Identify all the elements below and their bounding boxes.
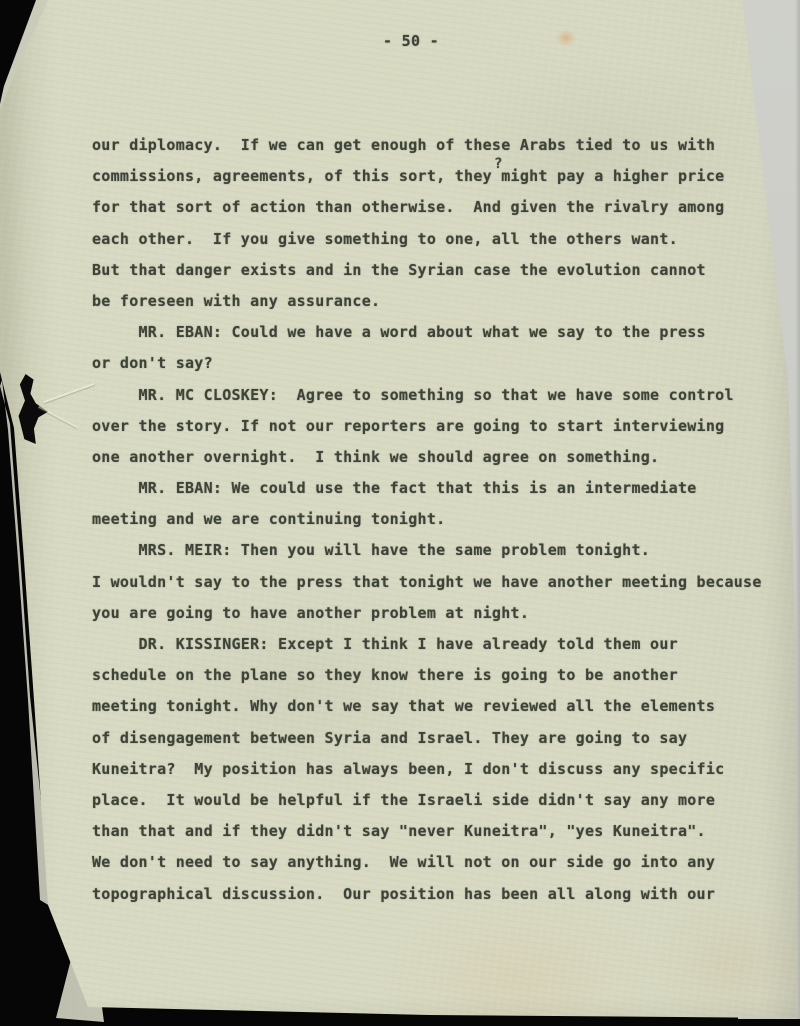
text-line: topographical discussion. Our position h… [92,879,792,910]
text-line: But that danger exists and in the Syrian… [92,255,792,286]
text-line: MRS. MEIR: Then you will have the same p… [92,535,792,566]
page-number: - 50 - [383,32,503,50]
text-line: or don't say? [92,348,792,379]
scanned-page: - 50 - our diplomacy. If we can get enou… [0,0,800,1026]
text-line: I wouldn't say to the press that tonight… [92,567,792,598]
text-line: over the story. If not our reporters are… [92,411,792,442]
text-line: MR. EBAN: Could we have a word about wha… [92,317,792,348]
text-line: meeting and we are continuing tonight. [92,504,792,535]
interline-annotation: ? [494,156,502,172]
text-line: DR. KISSINGER: Except I think I have alr… [92,629,792,660]
text-line: be foreseen with any assurance. [92,286,792,317]
text-line: one another overnight. I think we should… [92,442,792,473]
text-line: our diplomacy. If we can get enough of t… [92,130,792,161]
text-line: place. It would be helpful if the Israel… [92,785,792,816]
text-line: Kuneitra? My position has always been, I… [92,754,792,785]
transcript-text: our diplomacy. If we can get enough of t… [92,130,792,910]
text-line: of disengagement between Syria and Israe… [92,723,792,754]
text-line: commissions, agreements, of this sort, t… [92,161,792,192]
foxing-stain [556,30,576,46]
text-line: MR. MC CLOSKEY: Agree to something so th… [92,380,792,411]
text-line: MR. EBAN: We could use the fact that thi… [92,473,792,504]
text-line: than that and if they didn't say "never … [92,816,792,847]
text-line: schedule on the plane so they know there… [92,660,792,691]
text-line: We don't need to say anything. We will n… [92,847,792,878]
text-line: meeting tonight. Why don't we say that w… [92,691,792,722]
text-line: each other. If you give something to one… [92,224,792,255]
document-page: - 50 - our diplomacy. If we can get enou… [0,0,800,1026]
text-line: you are going to have another problem at… [92,598,792,629]
text-line: for that sort of action than otherwise. … [92,192,792,223]
